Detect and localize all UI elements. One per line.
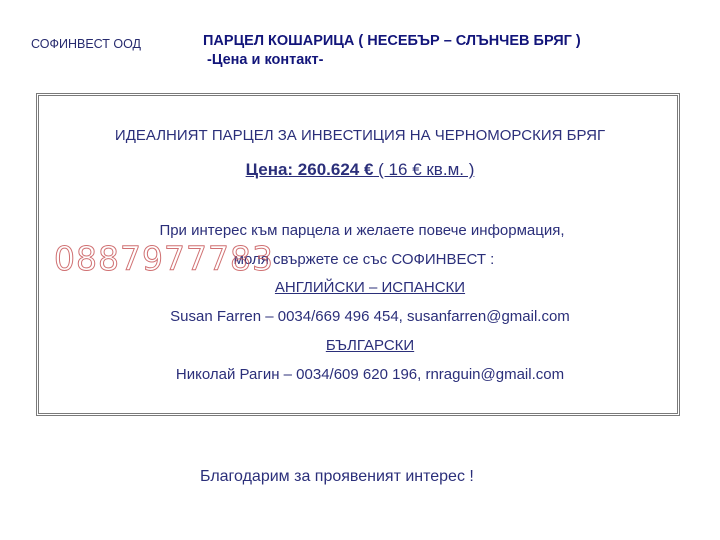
- company-name: СОФИНВЕСТ ООД: [31, 37, 141, 51]
- language-heading-bg: БЪЛГАРСКИ: [10, 337, 720, 354]
- price-line: Цена: 260.624 € ( 16 € кв.м. ): [0, 160, 720, 180]
- language-heading-en-es: АНГЛИЙСКИ – ИСПАНСКИ: [10, 279, 720, 296]
- contact-bg: Николай Рагин – 0034/609 620 196, rnragu…: [10, 366, 720, 383]
- price-per-sqm: ( 16 € кв.м. ): [373, 160, 474, 179]
- thank-you-text: Благодарим за проявеният интерес !: [200, 468, 474, 486]
- interest-text: При интерес към парцела и желаете повече…: [2, 222, 720, 239]
- page-subtitle: -Цена и контакт-: [207, 52, 324, 68]
- contact-en-es: Susan Farren – 0034/669 496 454, susanfa…: [10, 308, 720, 325]
- price-label: Цена: 260.624 €: [246, 160, 374, 179]
- page-title: ПАРЦЕЛ КОШАРИЦА ( НЕСЕБЪР – СЛЪНЧЕВ БРЯГ…: [203, 33, 581, 49]
- headline: ИДЕАЛНИЯТ ПАРЦЕЛ ЗА ИНВЕСТИЦИЯ НА ЧЕРНОМ…: [0, 127, 720, 144]
- phone-watermark: 0887977783: [54, 239, 274, 278]
